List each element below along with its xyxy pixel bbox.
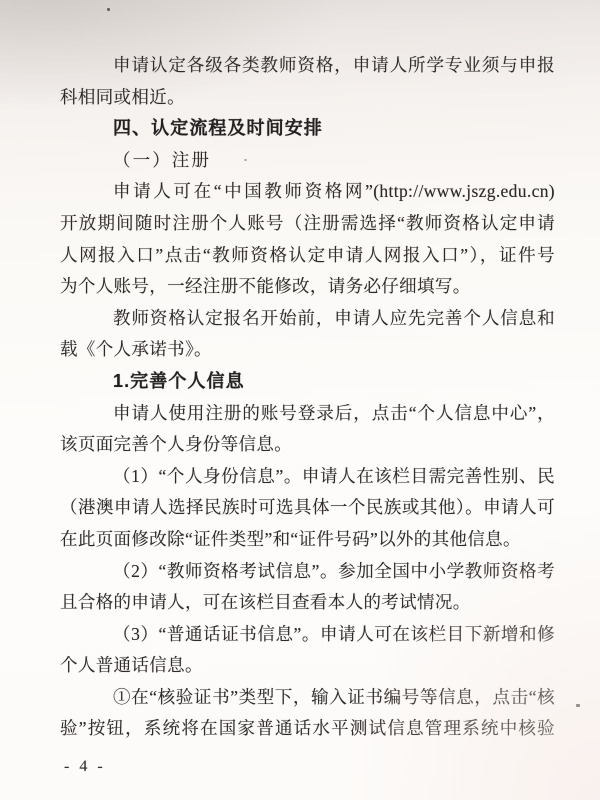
text-line: 人网报入口”点击“教师资格认定申请人网报入口”），证件号 [60, 240, 555, 272]
text-line: ①在“核验证书”类型下，输入证书编号等信息，点击“核 [60, 682, 555, 714]
paragraph: （3）“普通话证书信息”。申请人可在该栏目下新增和修改个人普通话信息。 [60, 619, 555, 682]
text-line: 载《个人承诺书》。 [60, 334, 555, 366]
text-line: 验”按钮，系统将在国家普通话水平测试信息管理系统中核验 [60, 713, 555, 745]
text-line: 四、认定流程及时间安排 [60, 113, 555, 145]
text-line: （2）“教师资格考试信息”。参加全国中小学教师资格考试 [60, 556, 555, 588]
document-body: 申请认定各级各类教师资格，申请人所学专业须与申报学科相同或相近。四、认定流程及时… [60, 50, 555, 745]
text-line: 申请人可在“中国教师资格网”(http://www.jszg.edu.cn) [60, 176, 555, 208]
text-line: 教师资格认定报名开始前，申请人应先完善个人信息和下 [60, 303, 555, 335]
text-line: （3）“普通话证书信息”。申请人可在该栏目下新增和修改 [60, 619, 555, 651]
paragraph: （一）注册 [60, 145, 555, 177]
text-line: （1）“个人身份信息”。申请人在该栏目需完善性别、民族 [60, 461, 555, 493]
scan-artifact [107, 8, 110, 11]
page-number: - 4 - [64, 758, 106, 776]
text-line: （港澳申请人选择民族时可选具体一个民族或其他）。申请人可 [60, 492, 555, 524]
text-line: （一）注册 [60, 145, 555, 177]
paragraph: 1.完善个人信息 [60, 366, 555, 398]
scan-artifact [576, 704, 580, 707]
text-line: 该页面完善个人身份等信息。 [60, 429, 555, 461]
text-line: 个人普通话信息。 [60, 650, 555, 682]
text-line: 申请人使用注册的账号登录后，点击“个人信息中心”，在 [60, 398, 555, 430]
text-line: 在此页面修改除“证件类型”和“证件号码”以外的其他信息。 [60, 524, 555, 556]
text-line: 科相同或相近。 [60, 82, 555, 114]
text-line: 为个人账号，一经注册不能修改，请务必仔细填写。 [60, 271, 555, 303]
text-line: 且合格的申请人，可在该栏目查看本人的考试情况。 [60, 587, 555, 619]
paragraph: 教师资格认定报名开始前，申请人应先完善个人信息和下载《个人承诺书》。 [60, 303, 555, 366]
paragraph: 申请认定各级各类教师资格，申请人所学专业须与申报学科相同或相近。 [60, 50, 555, 113]
paragraph: （2）“教师资格考试信息”。参加全国中小学教师资格考试且合格的申请人，可在该栏目… [60, 556, 555, 619]
scanned-document-page: 申请认定各级各类教师资格，申请人所学专业须与申报学科相同或相近。四、认定流程及时… [0, 0, 600, 800]
paragraph: （1）“个人身份信息”。申请人在该栏目需完善性别、民族（港澳申请人选择民族时可选… [60, 461, 555, 556]
scan-artifact [244, 159, 247, 161]
paragraph: 四、认定流程及时间安排 [60, 113, 555, 145]
text-line: 1.完善个人信息 [60, 366, 555, 398]
paragraph: 申请人可在“中国教师资格网”(http://www.jszg.edu.cn)开放… [60, 176, 555, 302]
paragraph: 申请人使用注册的账号登录后，点击“个人信息中心”，在该页面完善个人身份等信息。 [60, 398, 555, 461]
text-line: 申请认定各级各类教师资格，申请人所学专业须与申报学 [60, 50, 555, 82]
text-line: 开放期间随时注册个人账号（注册需选择“教师资格认定申请 [60, 208, 555, 240]
paragraph: ①在“核验证书”类型下，输入证书编号等信息，点击“核验”按钮，系统将在国家普通话… [60, 682, 555, 745]
